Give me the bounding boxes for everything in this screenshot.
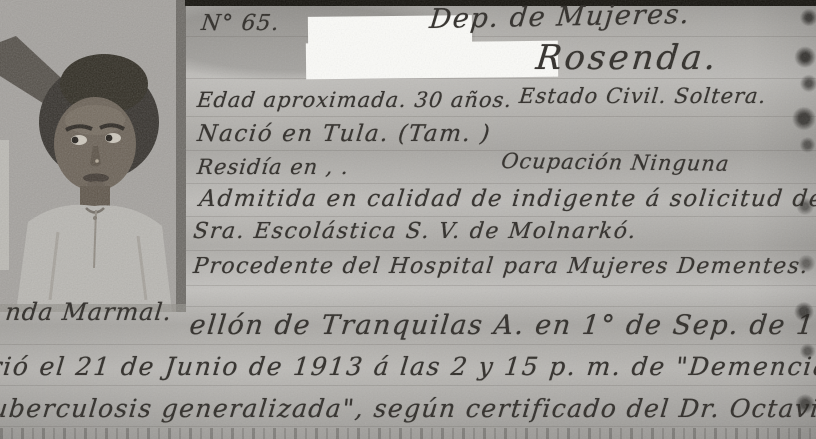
field-occupation: Ocupación Ninguna [500,149,731,176]
patient-name: Rosenda. [534,38,721,78]
field-birthplace: Nació en Tula. (Tam. ) [196,121,492,147]
ruled-line [185,78,816,79]
field-requested-by: Sra. Escolástica S. V. de Molnarkó. [192,219,638,244]
ruled-line [185,116,816,117]
field-residence: Residía en , . [196,155,350,179]
ruled-line [0,426,816,427]
ruled-line [185,250,816,251]
field-admission: Admitida en calidad de indigente á solic… [198,186,816,212]
ruled-line [0,385,816,386]
ruled-line [185,216,816,217]
ruled-line [185,306,816,307]
note-death-line: rió el 21 de Junio de 1913 á las 2 y 15 … [0,352,816,381]
photo-caption: nda Marmal. [4,298,173,326]
note-cause-line: uberculosis generalizada", según certifi… [0,394,816,423]
ruled-line [185,36,816,37]
ruled-line [185,285,816,286]
scan-edge-smudge [792,0,816,439]
ruled-line [185,183,816,184]
scan-bottom-streaks [0,428,816,439]
patient-photo [0,0,186,312]
field-civil-status: Estado Civil. Soltera. [518,84,768,108]
department-label: Dep. de Mujeres. [428,0,692,35]
scanned-record-page: N° 65. Dep. de Mujeres. Rosenda. Edad ap… [0,0,816,439]
field-origin: Procedente del Hospital para Mujeres Dem… [192,254,810,279]
redaction-box [306,41,558,80]
record-number: N° 65. [200,11,281,36]
ruled-line [0,344,816,345]
field-age: Edad aproximada. 30 años. [196,88,513,112]
note-ward-line: ellón de Tranquilas A. en 1° de Sep. de … [188,310,816,341]
